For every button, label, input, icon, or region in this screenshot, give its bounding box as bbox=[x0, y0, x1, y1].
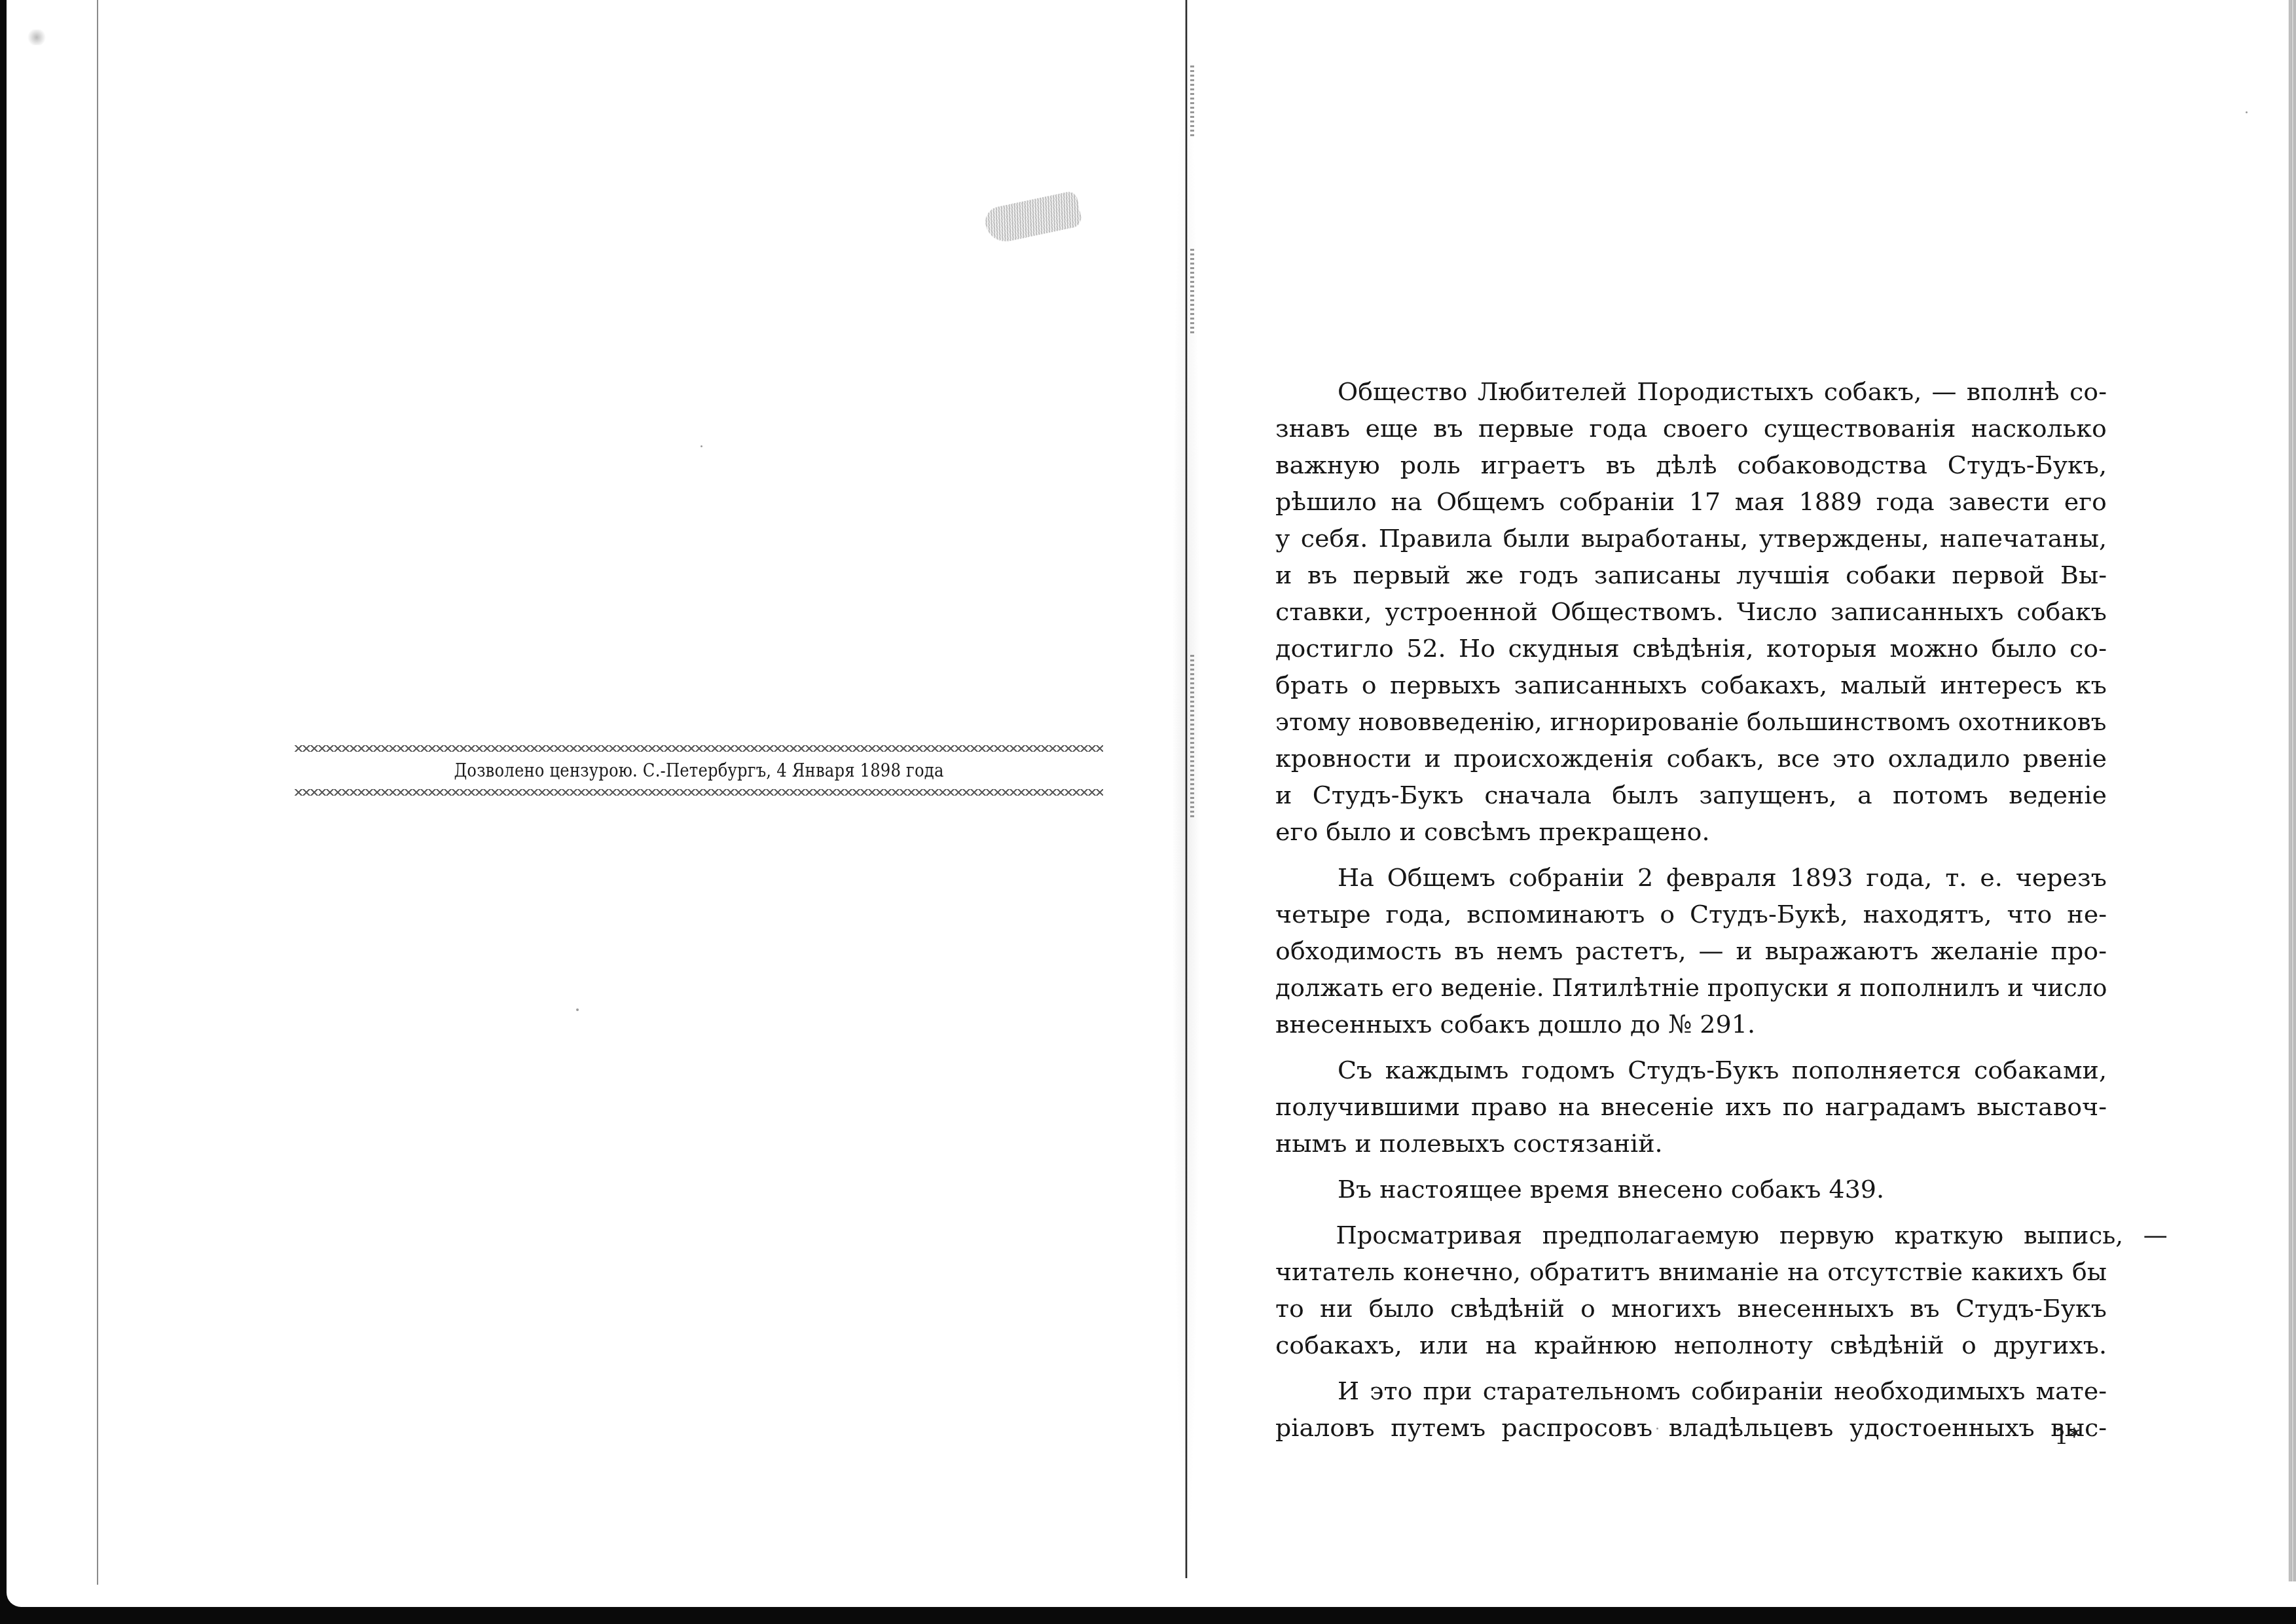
text-line: Общество Любителей Породистыхъ собакъ, —… bbox=[1275, 373, 2107, 410]
paragraph: Съ каждымъ годомъ Студъ-Букъ пополняется… bbox=[1275, 1052, 2107, 1162]
paper-speck bbox=[2246, 111, 2248, 113]
paper-speck bbox=[1656, 1428, 1658, 1430]
text-line: Съ каждымъ годомъ Студъ-Букъ пополняется… bbox=[1275, 1052, 2107, 1088]
book-spine bbox=[1185, 0, 1188, 1578]
text-line: ставки, устроенной Обществомъ. Число зап… bbox=[1275, 593, 2107, 630]
paragraph: Общество Любителей Породистыхъ собакъ, —… bbox=[1275, 373, 2107, 850]
text-line: брать о первыхъ записанныхъ собакахъ, ма… bbox=[1275, 667, 2107, 703]
imprint-text: Дозволено цензурою. С.-Петербургъ, 4 Янв… bbox=[335, 761, 1063, 781]
text-line: обходимость въ немъ растетъ, — и выражаю… bbox=[1275, 932, 2107, 969]
text-line: На Общемъ собраніи 2 февраля 1893 года, … bbox=[1275, 859, 2107, 896]
text-line: важную роль играетъ въ дѣлѣ собаководств… bbox=[1275, 447, 2107, 483]
paragraph: На Общемъ собраніи 2 февраля 1893 года, … bbox=[1275, 859, 2107, 1043]
paragraph: Просматривая предполагаемую первую кратк… bbox=[1275, 1217, 2107, 1363]
text-line: должать его веденіе. Пятилѣтніе пропуски… bbox=[1275, 969, 2107, 1006]
body-text: Общество Любителей Породистыхъ собакъ, —… bbox=[1275, 373, 2107, 1446]
paper-stain bbox=[983, 191, 1083, 246]
text-line: и Студъ-Букъ сначала былъ запущенъ, а по… bbox=[1275, 777, 2107, 813]
text-line: Въ настоящее время внесено собакъ 439. bbox=[1275, 1171, 2107, 1208]
text-line: достигло 52. Но скудныя свѣдѣнія, которы… bbox=[1275, 630, 2107, 667]
text-line: и въ первый же годъ записаны лучшія соба… bbox=[1275, 557, 2107, 593]
spine-tear bbox=[1190, 655, 1194, 819]
text-line: внесенныхъ собакъ дошло до № 291. bbox=[1275, 1006, 2107, 1043]
text-line: нымъ и полевыхъ состязаній. bbox=[1275, 1125, 2107, 1162]
left-page-edge bbox=[97, 0, 98, 1585]
text-line: то ни было свѣдѣній о многихъ внесенныхъ… bbox=[1275, 1290, 2107, 1327]
text-line: его было и совсѣмъ прекращено. bbox=[1275, 813, 2107, 850]
wavy-rule-bottom bbox=[295, 789, 1103, 796]
text-line: Просматривая предполагаемую первую кратк… bbox=[1275, 1217, 2168, 1253]
text-line: этому нововведенію, игнорированіе больши… bbox=[1275, 703, 2106, 740]
signature-mark: 1* bbox=[2054, 1424, 2080, 1450]
text-line: собакахъ, или на крайнюю неполноту свѣдѣ… bbox=[1275, 1327, 2107, 1363]
text-line: знавъ еще въ первые года своего существо… bbox=[1275, 410, 2107, 447]
text-line: кровности и происхожденія собакъ, все эт… bbox=[1275, 740, 2107, 777]
paragraph: И это при старательномъ собираніи необхо… bbox=[1275, 1373, 2107, 1446]
text-line: у себя. Правила были выработаны, утвержд… bbox=[1275, 520, 2107, 557]
corner-smudge bbox=[26, 29, 47, 45]
paragraph: Въ настоящее время внесено собакъ 439. bbox=[1275, 1171, 2107, 1208]
paper-speck bbox=[576, 1008, 579, 1011]
wavy-rule-top bbox=[295, 745, 1103, 752]
text-line: ріаловъ путемъ распросовъ владѣльцевъ уд… bbox=[1275, 1409, 2107, 1446]
text-line: четыре года, вспоминаютъ о Студъ-Букѣ, н… bbox=[1275, 896, 2107, 932]
spine-tear bbox=[1190, 249, 1194, 334]
right-page-edge bbox=[2289, 0, 2296, 1581]
spine-tear bbox=[1190, 65, 1194, 138]
text-line: читатель конечно, обратитъ вниманіе на о… bbox=[1275, 1253, 2107, 1290]
book-spread-scan: Дозволено цензурою. С.-Петербургъ, 4 Янв… bbox=[7, 0, 2296, 1607]
paper-speck bbox=[701, 445, 702, 447]
text-line: И это при старательномъ собираніи необхо… bbox=[1275, 1373, 2107, 1409]
censorship-imprint: Дозволено цензурою. С.-Петербургъ, 4 Янв… bbox=[295, 745, 1103, 796]
text-line: получившими право на внесеніе ихъ по наг… bbox=[1275, 1088, 2107, 1125]
text-line: рѣшило на Общемъ собраніи 17 мая 1889 го… bbox=[1275, 483, 2107, 520]
